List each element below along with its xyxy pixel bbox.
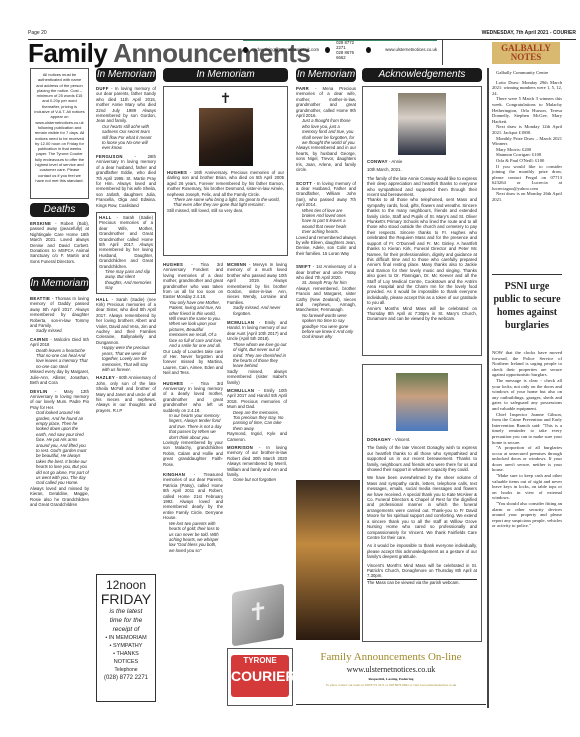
online-ad-url[interactable]: www.ulsternetnotices.co.uk [296, 664, 486, 676]
notice-hughes-tina-1: HUGHES - Tina 3rd Anniversary Fondest an… [163, 262, 223, 300]
memoriam-col3b: MCMINN - Mervyn In loving memory of a mu… [227, 262, 287, 483]
memoriam-col1: BEATTIE - Thomas In loving memory of Dad… [30, 296, 89, 507]
notice-swift: SWIFT - 1st Anniversary of a dear brothe… [296, 264, 356, 280]
email-icon [243, 47, 248, 53]
phone-numbers: 028 8772 2271028 8676 6662 [336, 40, 360, 60]
notice-devlin: DEVLIN - Mary 13th Anniversary In loving… [30, 389, 89, 411]
notice-mcmullan-2: MCMULLAN - Emily 10th April 2017 and Har… [227, 388, 287, 410]
cross-icon: ✝ [232, 583, 284, 642]
section-in-memoriam-3: In Memoriam [163, 68, 288, 82]
notice-duff: DUFF - In loving memory of our dear pare… [96, 86, 156, 124]
deadline-phone[interactable]: (028) 8772 2271 [97, 674, 155, 682]
galbally-notes: Galbally Community Centre Lotto Draw: Mo… [492, 70, 562, 203]
divider [492, 274, 562, 275]
web-link[interactable]: www.ulsternetnotices.co.uk [385, 47, 437, 52]
phone-icon [325, 47, 330, 53]
notice-hughes-tina-2: HUGHES - Tina 3rd Anniversary In loving … [163, 381, 223, 413]
galbally-notes-banner: GALBALLY NOTES [492, 42, 560, 64]
candle-photo [296, 480, 360, 640]
page-number: Page 20 [28, 30, 47, 36]
deaths-list: ERSKINE - Robert (Bob), passed away (pea… [30, 221, 89, 264]
column-divider [442, 40, 443, 65]
dateline: WEDNESDAY, 7th April 2021 - COURIER [482, 30, 576, 36]
contact-strip: advertising@tyronecourier.uk.com 028 877… [243, 40, 437, 58]
feature-notice-hughes: ✝ HUGHES - 16th Anniversary. Precious me… [163, 86, 288, 256]
psni-article: NOW that the clocks have moved forward, … [492, 350, 562, 529]
web-icon [366, 47, 371, 53]
donaghy-photo [396, 373, 448, 431]
notice-kinghan: KINGHAN - Treasured memories of our dear… [163, 472, 223, 521]
notice-terms-box: All notices must be authenticated with n… [30, 68, 89, 199]
notice-morrison: MORRISON - In loving memory of our broth… [227, 445, 287, 477]
notice-hall-1: HALL - Sarah (Sadie) Precious memories o… [96, 212, 156, 294]
courier-ad: TYRONE COURIER [227, 648, 293, 706]
bible-illustration: ✝ [232, 583, 284, 646]
section-in-memoriam-1: In Memoriam [30, 277, 89, 291]
psni-headline: PSNI urge public to secure homes against… [492, 280, 562, 332]
section-in-memoriam-4: In Memoriam [296, 68, 356, 82]
memoriam-col4: PARR - Mena Precious memories of a dear … [296, 86, 356, 340]
cross-icon: ✝ [167, 90, 284, 106]
notice-ferguson: FERGUSON - 28th Anniversary In loving me… [96, 154, 156, 208]
notice-hazley: HAZLEY - 60th Anniversary of John, only … [96, 375, 156, 413]
memoriam-col3a: HUGHES - Tina 3rd Anniversary Fondest an… [163, 262, 223, 553]
section-in-memoriam-2: In Memoriam [96, 68, 156, 82]
portrait-photo [199, 108, 253, 166]
memoriam-col2: DUFF - In loving memory of our dear pare… [96, 86, 156, 413]
notice-erskine: ERSKINE - Robert (Bob), passed away (pea… [30, 221, 89, 264]
notice-hall-2: HALL - Sarah (Sadie) (nee Kirk) Precious… [96, 297, 156, 346]
ack-conway: CONWAY - Annie 10th March, 2021. The fam… [362, 86, 482, 356]
courier-logo: TYRONE COURIER [231, 655, 289, 697]
section-deaths: Deaths [30, 203, 89, 217]
online-ad: Family Announcements On-line www.ulstern… [296, 650, 486, 705]
section-acknowledgements: Acknowledgements [362, 68, 482, 82]
email-link[interactable]: advertising@tyronecourier.uk.com [254, 47, 319, 52]
column-divider [487, 68, 489, 708]
notice-cairns: CAIRNS - Malcolm Died 5th April 2018 [30, 337, 89, 348]
notice-scott: SCOTT - In loving memory of a dear Husba… [296, 181, 356, 208]
notice-mcmullan-1: MCMULLAN - Emily and Harold. In loving m… [227, 320, 287, 342]
conway-photo [398, 93, 446, 155]
deadline-box: 12noon FRIDAY is the latest time for the… [96, 574, 156, 702]
notice-beattie: BEATTIE - Thomas In loving memory of Dad… [30, 296, 89, 328]
notice-parr: PARR - Mena Precious memories of a dear … [296, 86, 356, 118]
notice-mcminn: MCMINN - Mervyn In loving memory of a mu… [227, 262, 287, 305]
ack-donaghy: DONAGHY - Vincent. The family of the lat… [362, 364, 482, 642]
